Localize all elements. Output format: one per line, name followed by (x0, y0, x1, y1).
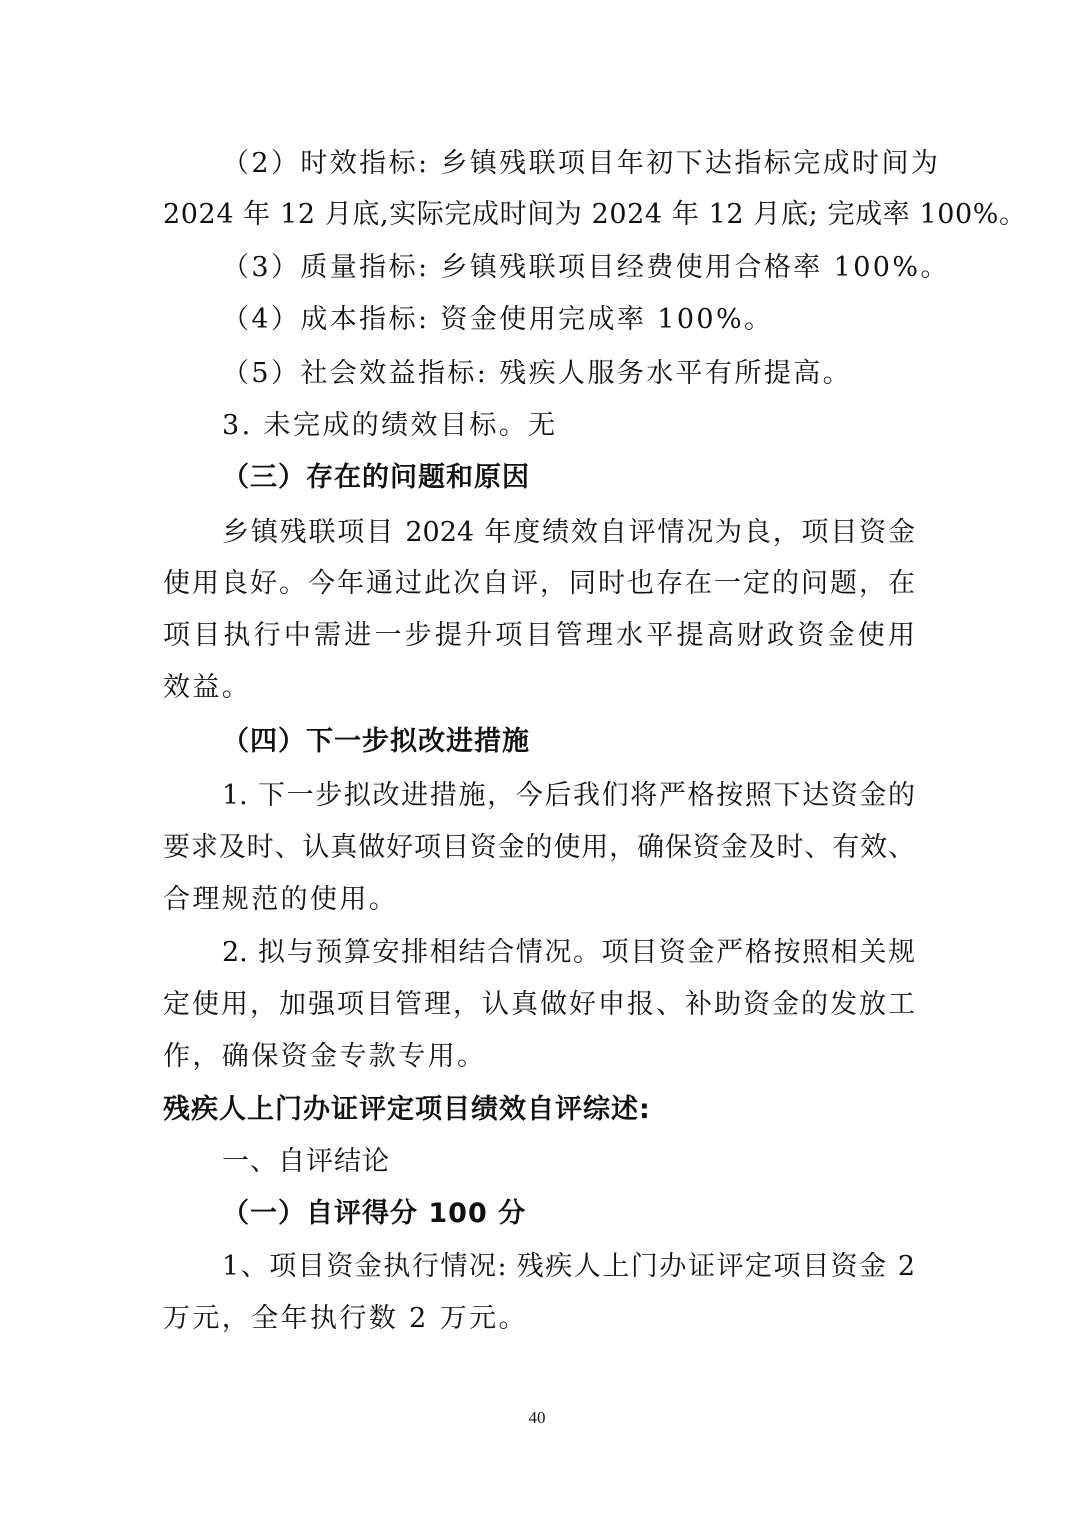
paragraph-line: 要求及时、认真做好项目资金的使用，确保资金及时、有效、 (163, 830, 915, 866)
paragraph-line: 2. 拟与预算安排相结合情况。项目资金严格按照相关规 (222, 935, 915, 971)
paragraph-line: 3. 未完成的绩效目标。无 (222, 408, 915, 444)
paragraph-line: （3）质量指标: 乡镇残联项目经费使用合格率 100%。 (222, 250, 915, 286)
section-heading: （一）自评得分 100 分 (222, 1196, 915, 1232)
paragraph-line: 1. 下一步拟改进措施，今后我们将严格按照下达资金的 (222, 778, 915, 814)
paragraph-line: 1、项目资金执行情况: 残疾人上门办证评定项目资金 2 (222, 1249, 915, 1285)
paragraph-line: 万元，全年执行数 2 万元。 (163, 1301, 915, 1337)
paragraph-line: 使用良好。今年通过此次自评，同时也存在一定的问题，在 (163, 566, 915, 602)
section-heading: （三）存在的问题和原因 (222, 460, 915, 496)
paragraph-line: 效益。 (163, 670, 915, 706)
section-heading: 一、自评结论 (222, 1144, 915, 1180)
paragraph-line: 乡镇残联项目 2024 年度绩效自评情况为良，项目资金 (222, 515, 915, 551)
paragraph-line: 项目执行中需进一步提升项目管理水平提高财政资金使用 (163, 618, 915, 654)
document-page: （2）时效指标: 乡镇残联项目年初下达指标完成时间为 2024 年 12 月底,… (0, 0, 1074, 1520)
paragraph-line: （2）时效指标: 乡镇残联项目年初下达指标完成时间为 (222, 146, 915, 182)
paragraph-line: 合理规范的使用。 (163, 882, 915, 918)
project-title-heading: 残疾人上门办证评定项目绩效自评综述: (163, 1092, 915, 1128)
paragraph-line: 2024 年 12 月底,实际完成时间为 2024 年 12 月底; 完成率 1… (163, 197, 915, 233)
page-number: 40 (0, 1408, 1074, 1428)
paragraph-line: 作，确保资金专款专用。 (163, 1039, 915, 1075)
section-heading: （四）下一步拟改进措施 (222, 724, 915, 760)
paragraph-line: 定使用，加强项目管理，认真做好申报、补助资金的发放工 (163, 987, 915, 1023)
paragraph-line: （5）社会效益指标: 残疾人服务水平有所提高。 (222, 356, 915, 392)
paragraph-line: （4）成本指标: 资金使用完成率 100%。 (222, 302, 915, 338)
